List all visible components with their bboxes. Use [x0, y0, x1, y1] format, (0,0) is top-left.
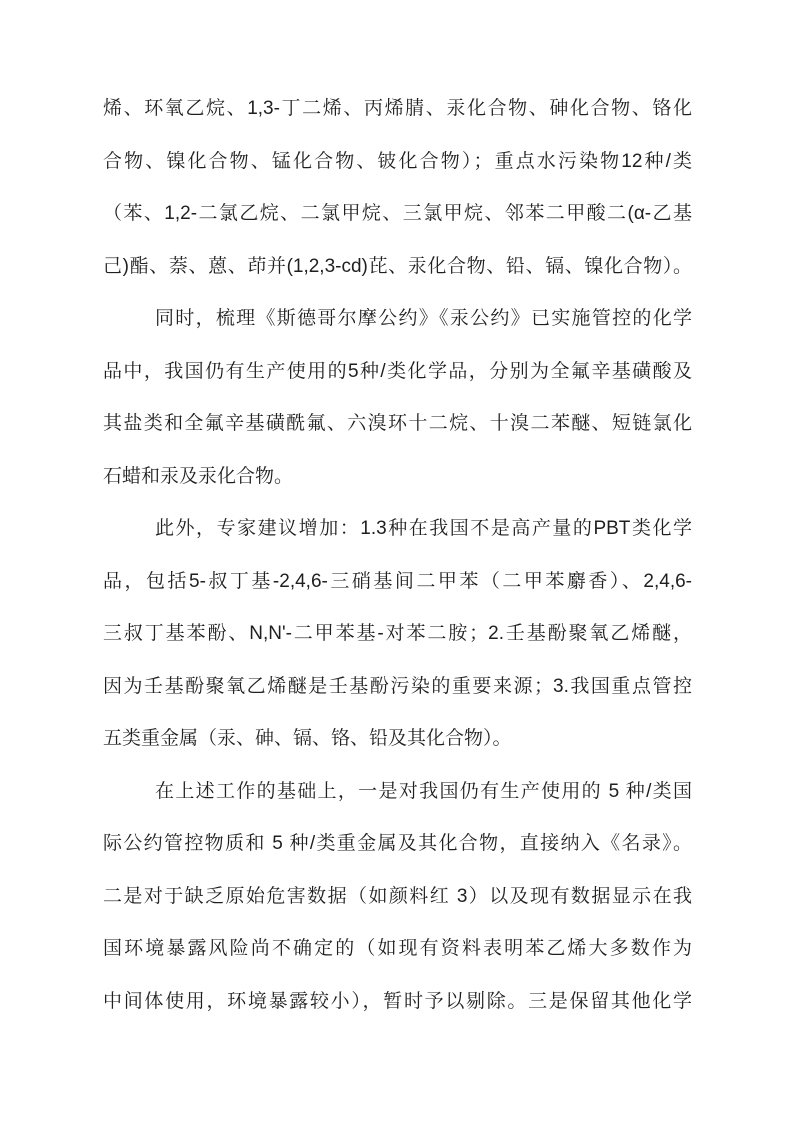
text-line: 烯、环氧乙烷、1,3-丁二烯、丙烯腈、汞化合物、砷化合物、铬化	[103, 83, 692, 136]
text-line: 品，包括5-叔丁基-2,4,6-三硝基间二甲苯（二甲苯麝香）、2,4,6-	[103, 556, 692, 609]
document-body: 烯、环氧乙烷、1,3-丁二烯、丙烯腈、汞化合物、砷化合物、铬化合物、镍化合物、锰…	[0, 0, 793, 1028]
text-paragraph: 此外，专家建议增加：1.3种在我国不是高产量的PBT类化学品，包括5-叔丁基-2…	[103, 503, 692, 766]
text-line: 同时，梳理《斯德哥尔摩公约》《汞公约》已实施管控的化学	[103, 293, 692, 346]
text-line: 品中，我国仍有生产使用的5种/类化学品，分别为全氟辛基磺酸及	[103, 346, 692, 399]
text-line: 二是对于缺乏原始危害数据（如颜料红 3）以及现有数据显示在我	[103, 871, 692, 924]
document-page: 烯、环氧乙烷、1,3-丁二烯、丙烯腈、汞化合物、砷化合物、铬化合物、镍化合物、锰…	[0, 0, 793, 1122]
text-line: 石蜡和汞及汞化合物。	[103, 451, 692, 504]
text-line: 五类重金属（汞、砷、镉、铬、铅及其化合物）。	[103, 713, 692, 766]
text-line: 其盐类和全氟辛基磺酰氟、六溴环十二烷、十溴二苯醚、短链氯化	[103, 398, 692, 451]
text-paragraph: 同时，梳理《斯德哥尔摩公约》《汞公约》已实施管控的化学品中，我国仍有生产使用的5…	[103, 293, 692, 503]
text-line: 在上述工作的基础上，一是对我国仍有生产使用的 5 种/类国	[103, 766, 692, 819]
text-line: 三叔丁基苯酚、N,N'-二甲苯基-对苯二胺；2.壬基酚聚氧乙烯醚，	[103, 608, 692, 661]
text-line: 际公约管控物质和 5 种/类重金属及其化合物，直接纳入《名录》。	[103, 818, 692, 871]
text-paragraph: 烯、环氧乙烷、1,3-丁二烯、丙烯腈、汞化合物、砷化合物、铬化合物、镍化合物、锰…	[103, 83, 692, 293]
text-line: 合物、镍化合物、锰化合物、铍化合物）；重点水污染物12种/类	[103, 136, 692, 189]
text-line: 中间体使用，环境暴露较小），暂时予以剔除。三是保留其他化学	[103, 976, 692, 1029]
text-line: 国环境暴露风险尚不确定的（如现有资料表明苯乙烯大多数作为	[103, 923, 692, 976]
text-line: 此外，专家建议增加：1.3种在我国不是高产量的PBT类化学	[103, 503, 692, 556]
text-line: （苯、1,2-二氯乙烷、二氯甲烷、三氯甲烷、邻苯二甲酸二(α-乙基	[103, 188, 692, 241]
text-paragraph: 在上述工作的基础上，一是对我国仍有生产使用的 5 种/类国际公约管控物质和 5 …	[103, 766, 692, 1029]
text-line: 因为壬基酚聚氧乙烯醚是壬基酚污染的重要来源；3.我国重点管控	[103, 661, 692, 714]
text-line: 己)酯、萘、蒽、茚并(1,2,3-cd)芘、汞化合物、铅、镉、镍化合物）。	[103, 241, 692, 294]
